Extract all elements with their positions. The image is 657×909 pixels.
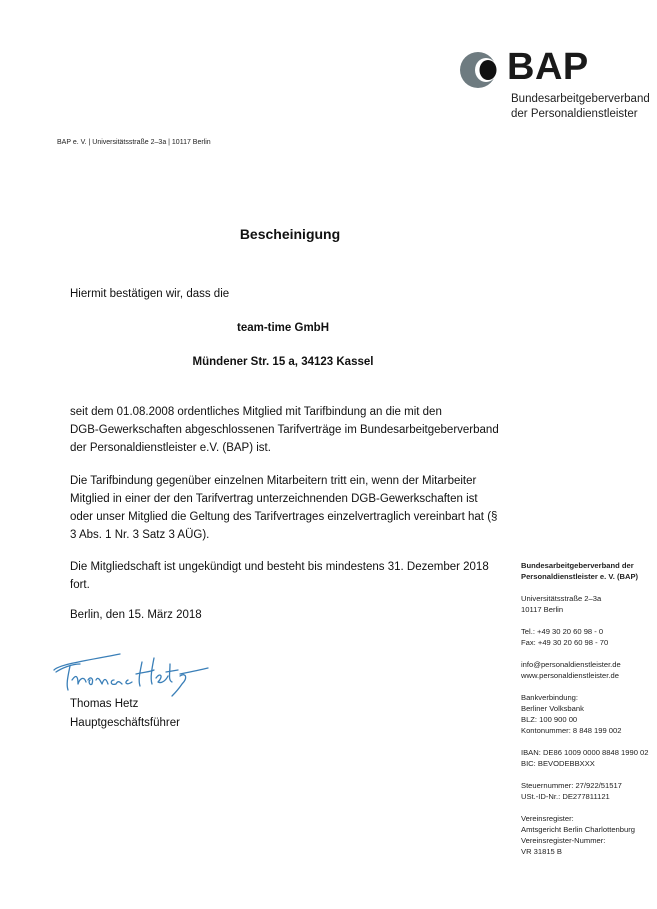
text-line: BIC: BEVODEBBXXX xyxy=(521,758,657,769)
text-line: BLZ: 100 900 00 xyxy=(521,714,657,725)
paragraph-membership-term: Die Mitgliedschaft ist ungekündigt und b… xyxy=(70,558,500,594)
intro-text: Hiermit bestätigen wir, dass die xyxy=(70,285,229,303)
text-line: Personaldienstleister e. V. (BAP) xyxy=(521,571,657,582)
fax-number: Fax: +49 30 20 60 98 - 70 xyxy=(521,637,657,648)
text-line: IBAN: DE86 1009 0000 8848 1990 02 xyxy=(521,747,657,758)
sidebar-contact-info: Bundesarbeitgeberverband der Personaldie… xyxy=(521,560,657,868)
text-line: Berliner Volksbank xyxy=(521,703,657,714)
text-line: Vereinsregister: xyxy=(521,813,657,824)
text-line: Universitätsstraße 2–3a xyxy=(521,593,657,604)
text-line: Die Tarifbindung gegenüber einzelnen Mit… xyxy=(70,472,500,490)
sidebar-bank: Bankverbindung: Berliner Volksbank BLZ: … xyxy=(521,692,657,736)
text-line: Vereinsregister-Nummer: xyxy=(521,835,657,846)
logo-text: BAP xyxy=(507,44,589,90)
text-line: Amtsgericht Berlin Charlottenburg xyxy=(521,824,657,835)
bap-logo: BAP Bundesarbeitgeberverband der Persona… xyxy=(459,48,599,120)
text-line: Steuernummer: 27/922/51517 xyxy=(521,780,657,791)
sender-address-line: BAP e. V. | Universitätsstraße 2–3a | 10… xyxy=(57,139,211,146)
handwritten-signature-icon xyxy=(50,650,210,698)
signer-name: Thomas Hetz xyxy=(70,695,138,713)
org-line-1: Bundesarbeitgeberverband xyxy=(511,92,650,107)
text-line: der Personaldienstleister e.V. (BAP) ist… xyxy=(70,439,500,457)
text-line: fort. xyxy=(70,576,500,594)
text-line: oder unser Mitglied die Geltung des Tari… xyxy=(70,508,500,526)
bap-logo-mark-icon xyxy=(459,51,501,89)
company-address: Mündener Str. 15 a, 34123 Kassel xyxy=(0,353,566,371)
org-line-2: der Personaldienstleister xyxy=(511,107,650,122)
phone-number: Tel.: +49 30 20 60 98 - 0 xyxy=(521,626,657,637)
paragraph-membership: seit dem 01.08.2008 ordentliches Mitglie… xyxy=(70,403,500,457)
text-line: DGB-Gewerkschaften abgeschlossenen Tarif… xyxy=(70,421,500,439)
sidebar-tax: Steuernummer: 27/922/51517 USt.-ID-Nr.: … xyxy=(521,780,657,802)
text-line: Mitglied in einer der den Tarifvertrag u… xyxy=(70,490,500,508)
text-line: 10117 Berlin xyxy=(521,604,657,615)
text-line: Die Mitgliedschaft ist ungekündigt und b… xyxy=(70,558,500,576)
text-line: 3 Abs. 1 Nr. 3 Satz 3 AÜG). xyxy=(70,526,500,544)
sidebar-organization: Bundesarbeitgeberverband der Personaldie… xyxy=(521,560,657,582)
text-line: Bankverbindung: xyxy=(521,692,657,703)
website-url: www.personaldienstleister.de xyxy=(521,670,657,681)
organization-name: Bundesarbeitgeberverband der Personaldie… xyxy=(511,92,650,122)
text-line: VR 31815 B xyxy=(521,846,657,857)
sidebar-address: Universitätsstraße 2–3a 10117 Berlin xyxy=(521,593,657,615)
place-and-date: Berlin, den 15. März 2018 xyxy=(70,606,202,624)
text-line: Kontonummer: 8 848 199 002 xyxy=(521,725,657,736)
paragraph-tariff-binding: Die Tarifbindung gegenüber einzelnen Mit… xyxy=(70,472,500,544)
email-address: info@personaldienstleister.de xyxy=(521,659,657,670)
sidebar-web: info@personaldienstleister.de www.person… xyxy=(521,659,657,681)
text-line: seit dem 01.08.2008 ordentliches Mitglie… xyxy=(70,403,500,421)
text-line: USt.-ID-Nr.: DE277811121 xyxy=(521,791,657,802)
document-title: Bescheinigung xyxy=(0,226,580,242)
company-name: team-time GmbH xyxy=(0,319,566,337)
sidebar-iban: IBAN: DE86 1009 0000 8848 1990 02 BIC: B… xyxy=(521,747,657,769)
sidebar-phone: Tel.: +49 30 20 60 98 - 0 Fax: +49 30 20… xyxy=(521,626,657,648)
text-line: Bundesarbeitgeberverband der xyxy=(521,560,657,571)
sidebar-register: Vereinsregister: Amtsgericht Berlin Char… xyxy=(521,813,657,857)
signer-role: Hauptgeschäftsführer xyxy=(70,714,180,732)
